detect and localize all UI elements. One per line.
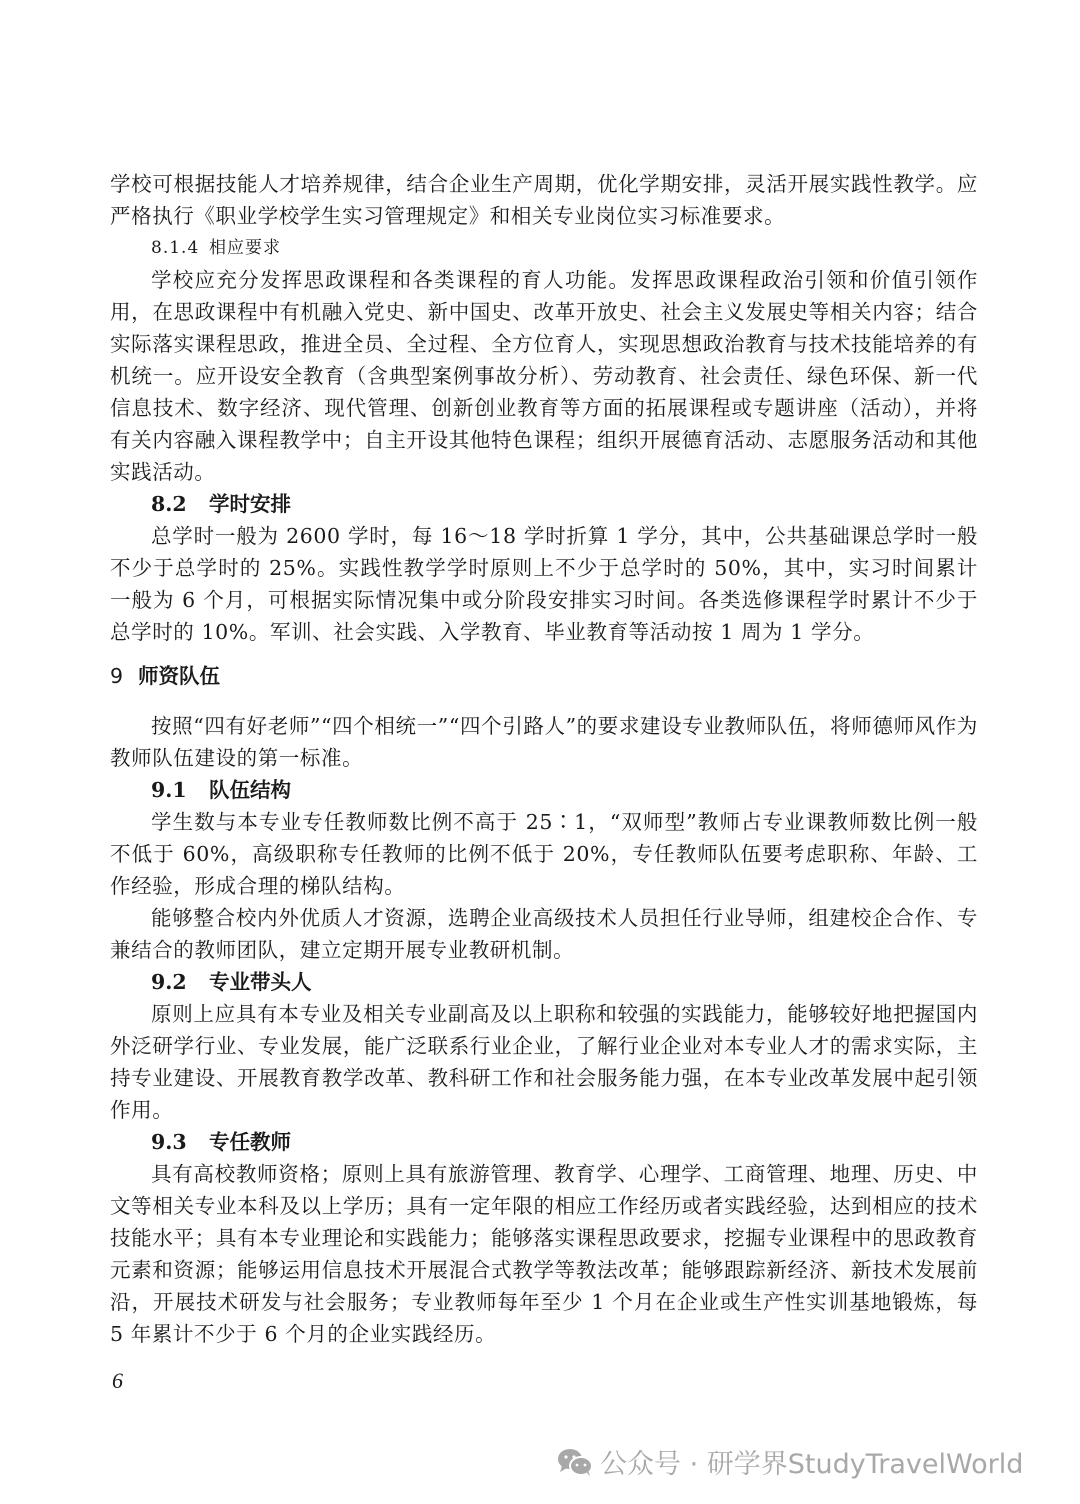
- paragraph-team-structure: 学生数与本专业专任教师数比例不高于 25∶1，“双师型”教师占专业课教师数比例一…: [110, 806, 978, 902]
- section-title: 学时安排: [209, 492, 291, 516]
- section-number: 8.2: [151, 488, 209, 520]
- section-number: 9.1: [151, 774, 209, 806]
- paragraph-full-time-teachers: 具有高校教师资格；原则上具有旅游管理、教育学、心理学、工商管理、地理、历史、中文…: [110, 1158, 978, 1350]
- section-heading-8-1-4: 8.1.4相应要求: [110, 232, 978, 264]
- section-number: 8.1.4: [151, 232, 209, 264]
- paragraph-leader: 原则上应具有本专业及相关专业副高及以上职称和较强的实践能力，能够较好地把握国内外…: [110, 998, 978, 1126]
- section-title: 队伍结构: [209, 778, 291, 802]
- section-heading-9-1: 9.1队伍结构: [110, 774, 978, 806]
- document-page: 学校可根据技能人才培养规律，结合企业生产周期，优化学期安排，灵活开展实践性教学。…: [110, 168, 978, 1350]
- section-heading-9-2: 9.2专业带头人: [110, 966, 978, 998]
- watermark-text: 公众号 · 研学界StudyTravelWorld: [600, 1442, 1023, 1481]
- section-title: 相应要求: [209, 238, 281, 258]
- watermark: 公众号 · 研学界StudyTravelWorld: [556, 1442, 1023, 1481]
- chapter-number: 9: [110, 660, 138, 692]
- section-title: 专业带头人: [209, 970, 312, 994]
- paragraph-team-resources: 能够整合校内外优质人才资源，选聘企业高级技术人员担任行业导师，组建校企合作、专兼…: [110, 902, 978, 966]
- chapter-title: 师资队伍: [138, 664, 220, 688]
- page-number: 6: [112, 1368, 123, 1394]
- paragraph-internship: 学校可根据技能人才培养规律，结合企业生产周期，优化学期安排，灵活开展实践性教学。…: [110, 168, 978, 232]
- section-number: 9.2: [151, 966, 209, 998]
- section-title: 专任教师: [209, 1130, 291, 1154]
- wechat-icon: [556, 1447, 594, 1477]
- paragraph-requirements: 学校应充分发挥思政课程和各类课程的育人功能。发挥思政课程政治引领和价值引领作用，…: [110, 264, 978, 488]
- paragraph-teachers-intro: 按照“四有好老师”“四个相统一”“四个引路人”的要求建设专业教师队伍，将师德师风…: [110, 710, 978, 774]
- section-number: 9.3: [151, 1126, 209, 1158]
- section-heading-9-3: 9.3专任教师: [110, 1126, 978, 1158]
- chapter-heading-9: 9师资队伍: [110, 660, 978, 692]
- paragraph-hours: 总学时一般为 2600 学时，每 16～18 学时折算 1 学分，其中，公共基础…: [110, 520, 978, 648]
- section-heading-8-2: 8.2学时安排: [110, 488, 978, 520]
